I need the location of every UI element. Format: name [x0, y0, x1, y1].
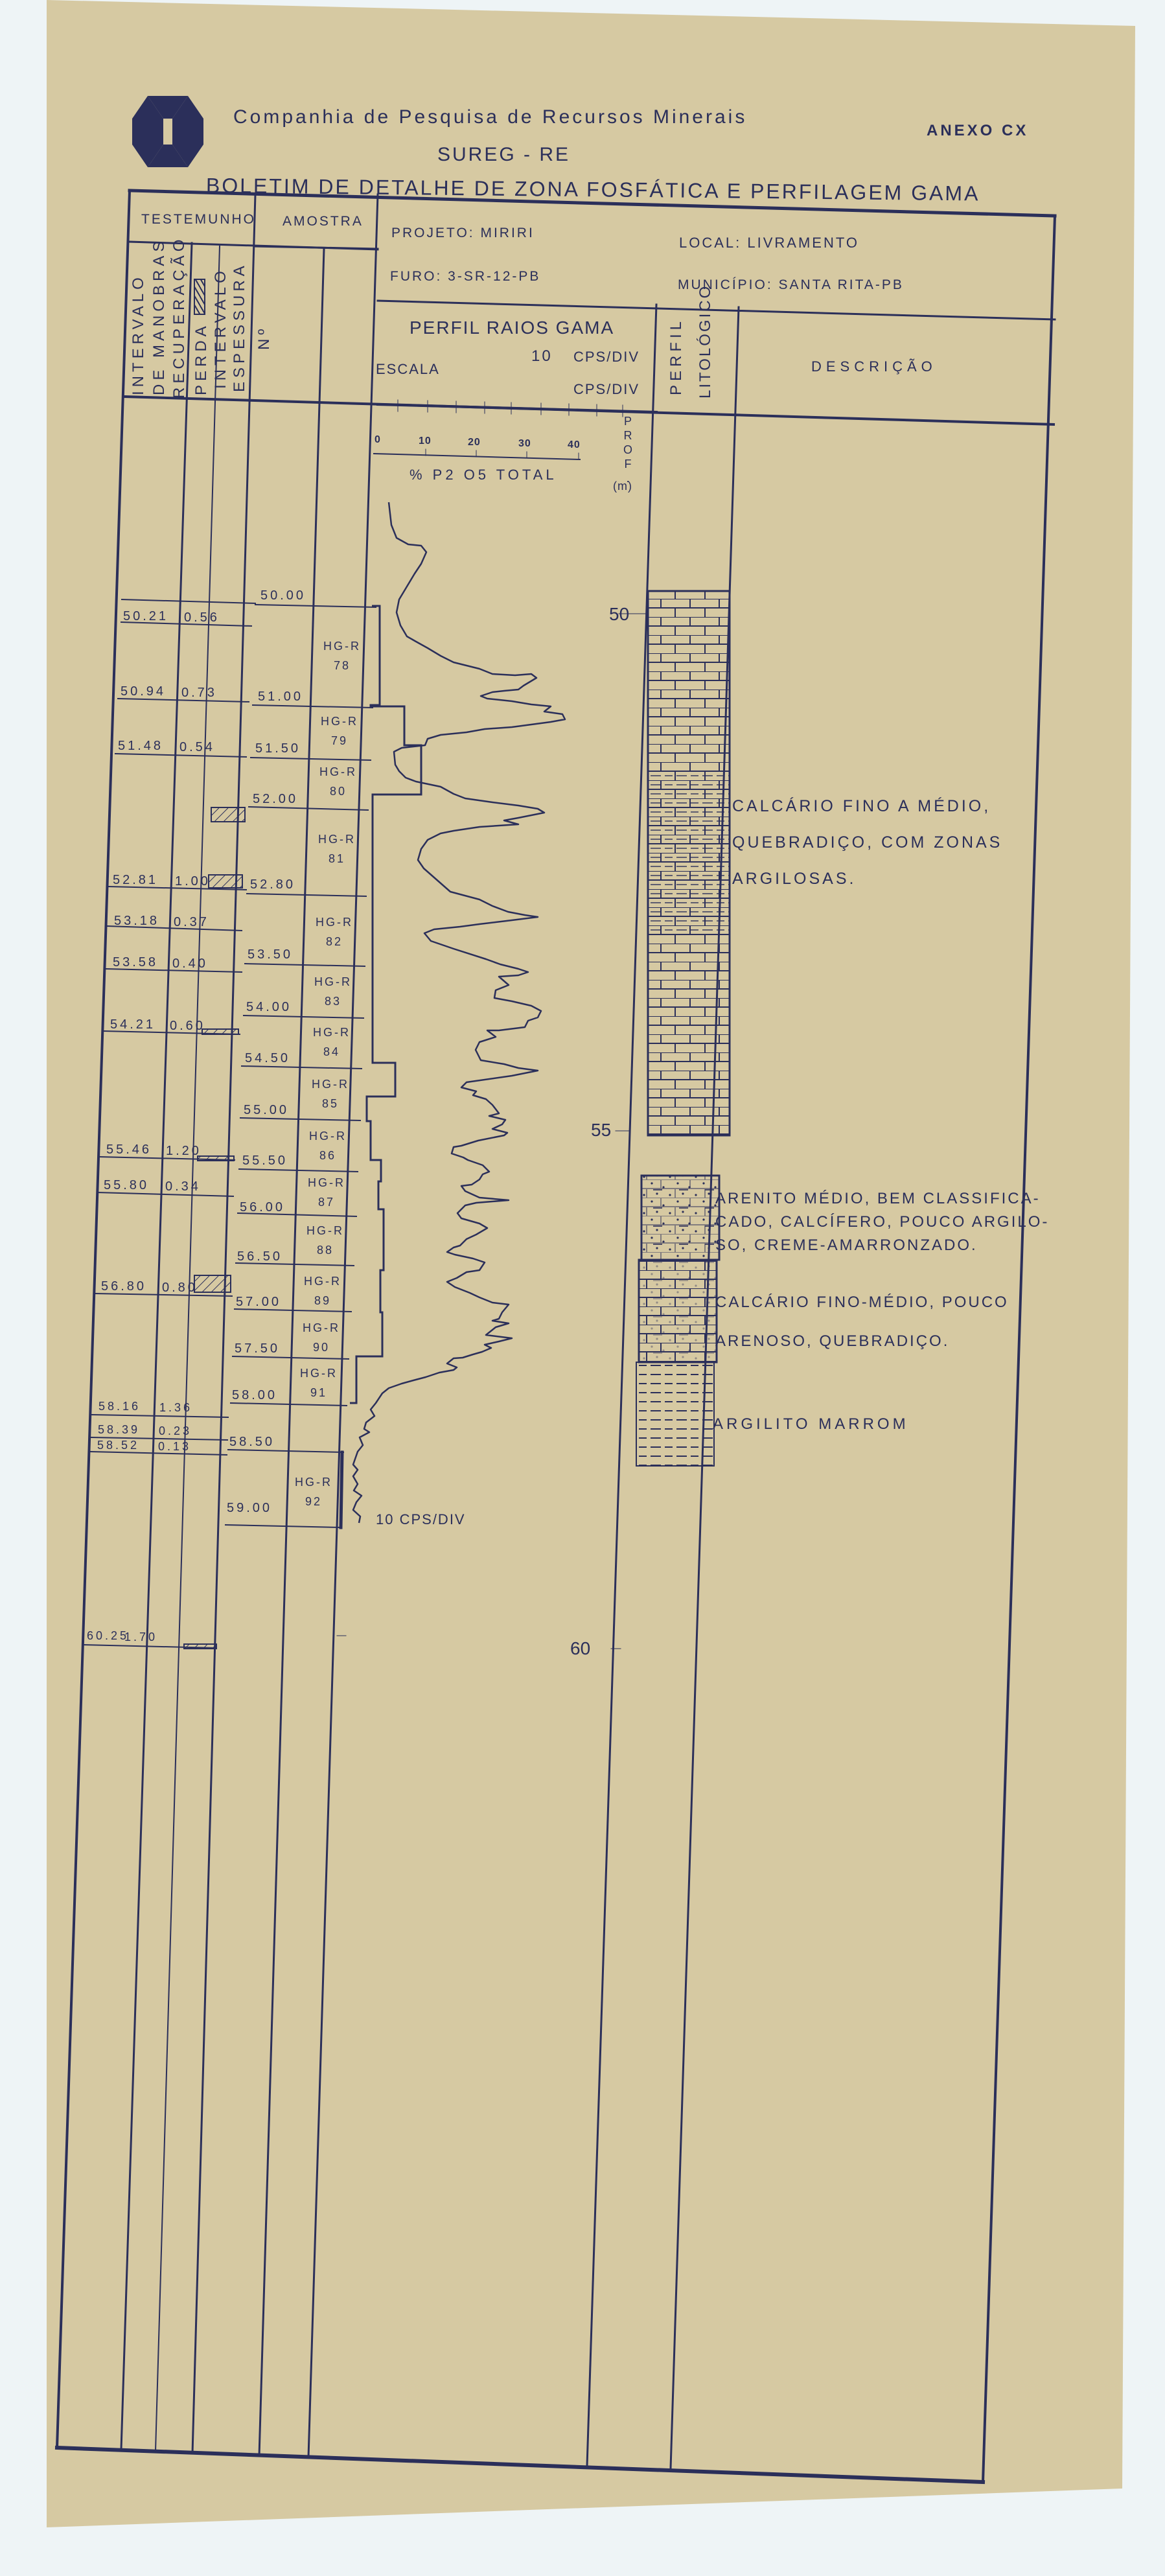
municipio-value: SANTA RITA-PB — [779, 277, 904, 292]
amostra-depth: 55.50 — [242, 1154, 288, 1168]
testemunho-recovery: 0.23 — [159, 1424, 192, 1438]
sample-id: HG-R 88 — [299, 1221, 351, 1260]
description-calcario-arenoso: CALCÁRIO FINO-MÉDIO, POUCO ARENOSO, QUEB… — [715, 1283, 1009, 1361]
amostra-depth: 55.00 — [244, 1103, 289, 1118]
sample-id: HG-R 86 — [302, 1126, 354, 1165]
projeto-label: PROJETO: MIRIRI — [391, 226, 535, 241]
prof-unit: (m) — [613, 480, 632, 493]
testemunho-interval: 53.58 — [113, 955, 158, 970]
description-arenito-medio: ARENITO MÉDIO, BEM CLASSIFICA- CADO, CAL… — [715, 1187, 1049, 1257]
testemunho-recovery: 0.40 — [172, 957, 208, 971]
p2o5-tick-0: 0 — [375, 434, 381, 446]
local-value: LIVRAMENTO — [747, 235, 859, 251]
litologico-label: LITOLÓGICO — [697, 311, 715, 399]
testemunho-recovery: 1.36 — [159, 1401, 192, 1415]
intervalo-manobras-label-2: DE MANOBRAS — [150, 253, 168, 395]
sample-id: HG-R 84 — [306, 1023, 358, 1062]
p2o5-tick-40: 40 — [568, 439, 581, 451]
sample-id: HG-R 87 — [301, 1173, 352, 1212]
testemunho-recovery: 1.00 — [175, 874, 211, 889]
testemunho-interval: 53.18 — [114, 914, 159, 929]
amostra-depth: 56.50 — [237, 1249, 283, 1264]
numero-label: Nº — [255, 318, 273, 350]
sample-id: HG-R 90 — [295, 1318, 347, 1357]
testemunho-recovery: 0.37 — [174, 915, 209, 930]
local-label: LOCAL: LIVRAMENTO — [679, 235, 859, 251]
amostra-depth: 51.00 — [258, 690, 303, 704]
testemunho-interval: 58.52 — [97, 1439, 139, 1452]
sample-id: HG-R 91 — [293, 1363, 345, 1402]
amostra-depth: 58.50 — [229, 1435, 275, 1450]
intervalo-espessura-label-1: INTERVALO — [212, 266, 230, 389]
intervalo-espessura-label-2: ESPESSURA — [231, 262, 249, 392]
testemunho-interval: 51.48 — [118, 739, 163, 754]
descricao-header: DESCRIÇÃO — [811, 358, 937, 375]
perfil-gama-header: PERFIL RAIOS GAMA — [409, 318, 614, 338]
sample-id: HG-R 81 — [311, 830, 363, 868]
testemunho-recovery: 1.70 — [124, 1630, 157, 1644]
amostra-depth: 56.00 — [240, 1200, 285, 1215]
testemunho-interval: 55.80 — [104, 1178, 149, 1193]
p2o5-tick-20: 20 — [468, 437, 481, 448]
sample-id: HG-R 78 — [316, 636, 368, 675]
intervalo-manobras-label-1: INTERVALO — [130, 272, 148, 395]
testemunho-recovery: 0.80 — [162, 1281, 198, 1295]
testemunho-recovery: 0.60 — [170, 1019, 205, 1034]
testemunho-interval: 55.46 — [106, 1143, 152, 1157]
recuperacao-label: RECUPERAÇÃO — [170, 275, 189, 399]
gamma-ray-curve — [353, 502, 565, 1523]
prof-label: PROF. — [621, 415, 634, 467]
amostra-header: AMOSTRA — [283, 214, 363, 229]
depth-mark-55: 55 — [591, 1120, 611, 1141]
testemunho-interval: 50.21 — [123, 609, 168, 624]
escala-value: 10 — [531, 347, 553, 366]
amostra-depth: 54.50 — [245, 1051, 290, 1066]
testemunho-recovery: 1.20 — [166, 1144, 202, 1159]
sample-id: HG-R 85 — [305, 1074, 356, 1113]
depth-mark-60: 60 — [570, 1638, 590, 1659]
description-argilito-marrom: ARGILITO MARROM — [713, 1406, 909, 1443]
testemunho-recovery: 0.54 — [179, 740, 215, 755]
sample-id: HG-R 92 — [288, 1472, 340, 1511]
p2o5-tick-30: 30 — [518, 438, 531, 450]
testemunho-interval: 58.16 — [98, 1400, 141, 1413]
amostra-depth: 54.00 — [246, 1000, 292, 1015]
sample-id: HG-R 89 — [297, 1271, 349, 1310]
testemunho-recovery: 0.73 — [181, 686, 217, 701]
sample-id: HG-R 82 — [308, 912, 360, 951]
p2o5-tick-10: 10 — [419, 435, 432, 447]
amostra-depth: 57.50 — [235, 1341, 280, 1356]
projeto-value: MIRIRI — [480, 226, 534, 240]
curve-scale-label: 10 CPS/DIV — [376, 1511, 466, 1528]
amostra-depth: 51.50 — [255, 741, 301, 756]
perfil-label: PERFIL — [667, 324, 686, 395]
testemunho-recovery: 0.34 — [165, 1179, 201, 1194]
testemunho-recovery: 0.13 — [158, 1440, 191, 1454]
testemunho-interval: 60.25 — [87, 1629, 129, 1643]
testemunho-interval: 52.81 — [113, 873, 158, 888]
testemunho-interval: 50.94 — [121, 684, 166, 699]
sample-id: HG-R 79 — [314, 712, 365, 750]
testemunho-interval: 58.39 — [98, 1423, 140, 1437]
description-calcario-fino-medio: CALCÁRIO FINO A MÉDIO, QUEBRADIÇO, COM Z… — [732, 788, 1002, 897]
amostra-depth: 57.00 — [236, 1295, 281, 1310]
p2o5-axis-label: % P2 O5 TOTAL — [409, 467, 557, 483]
amostra-depth: 52.80 — [250, 877, 295, 892]
amostra-depth: 50.00 — [260, 588, 306, 603]
sample-id: HG-R 80 — [312, 762, 364, 801]
amostra-depth: 53.50 — [248, 947, 293, 962]
testemunho-interval: 56.80 — [101, 1279, 146, 1294]
perda-label: PERDA — [192, 337, 211, 395]
sample-id: HG-R 83 — [307, 972, 359, 1011]
amostra-depth: 59.00 — [227, 1501, 272, 1516]
furo-value: 3-SR-12-PB — [448, 269, 540, 284]
perda-legend-icon — [194, 279, 205, 315]
amostra-depth: 52.00 — [253, 792, 298, 807]
testemunho-recovery: 0.56 — [184, 610, 220, 625]
testemunho-header: TESTEMUNHO — [141, 212, 256, 227]
cps-div-label-2: CPS/DIV — [573, 381, 640, 398]
testemunho-interval: 54.21 — [110, 1017, 156, 1032]
escala-label: ESCALA — [376, 361, 440, 378]
furo-label: FURO: 3-SR-12-PB — [390, 269, 540, 284]
amostra-depth: 58.00 — [232, 1388, 277, 1403]
depth-mark-50: 50 — [609, 604, 629, 625]
cps-div-label-1: CPS/DIV — [573, 349, 640, 366]
